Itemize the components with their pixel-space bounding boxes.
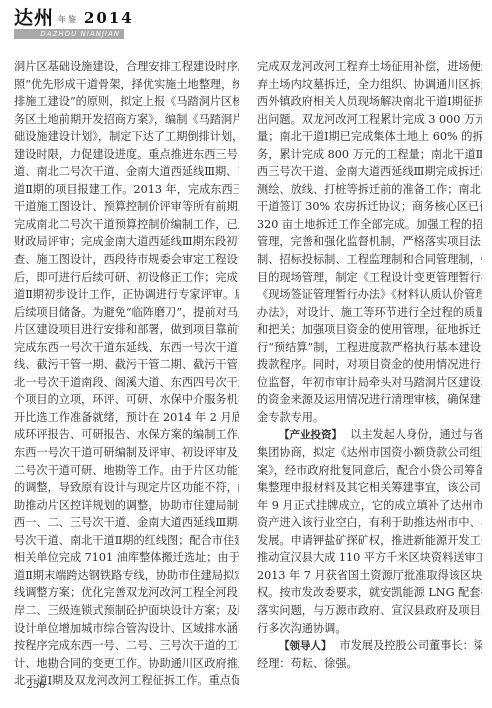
text-line: 发展。申请钾盐矿探矿权，推进新能源开发工作。 [257, 532, 482, 550]
right-text-column: 完成双龙河改河工程弃土场征用补偿，进场便道及弃土场内坟墓拆迁，全力组织、协调通川… [257, 58, 482, 672]
text-line: 西外镇政府相关人员现场解决南北干道Ⅰ期征拆突 [257, 93, 482, 111]
leaders-heading: 【领导人】 [279, 640, 332, 652]
logo-bar: DAZHOU NIANJIAN [14, 29, 124, 39]
yearbook-header: 达州 年鉴 2014 DAZHOU NIANJIAN [14, 8, 124, 38]
text-line: 的调整，导致原有设计与现定片区功能不符，配合协 [14, 479, 239, 497]
text-line: 东西一号次干道可研编制及评审、初设评审及东西 [14, 444, 239, 462]
text-line: 后续项目储备。为避免“临阵磨刀”，提前对马踏洞 [14, 304, 239, 322]
text-line: 制、招标投标制、工程监理制和合同管理制，强化项 [257, 251, 482, 269]
text-line: 320 亩土地拆迁工作全部完成。加强工程的招投标 [257, 216, 482, 234]
page-number: · 256 · [20, 680, 52, 691]
text-line: 出问题。双龙河改河工程累计完成 3 000 万元工程 [257, 111, 482, 129]
text-line: 拨款程序。同时，对项目资金的使用情况进行全方 [257, 356, 482, 374]
logo-year: 2014 [84, 10, 134, 26]
text-line: 资产进入该行业空白，有利于助推达州市中、小企业 [257, 514, 482, 532]
text-line: 完成南北二号次干道预算控制价编制工作，已送市 [14, 216, 239, 234]
latin-subtitle: DAZHOU NIANJIAN [40, 29, 120, 39]
logo-subtitle: 年鉴 [58, 14, 78, 25]
text-line: 2013 年 7 月获省国土资源厅批准取得该区块探矿 [257, 567, 482, 585]
text-line: 行多次沟通协调。 [257, 620, 482, 638]
text-line: 开比选工作准备就绪，预计在 2014 年 2 月底之前完 [14, 409, 239, 427]
industry-investment-heading: 【产业投资】 [279, 429, 342, 441]
text-line: 查、施工图设计，西段待市规委会审定工程设计方案 [14, 251, 239, 269]
text-line: 北一号次干道南段、阁溪大道、东西四号次干道等 8 [14, 374, 239, 392]
text-line: 西一、二、三号次干道、金南大道西延线Ⅲ期、南北二 [14, 514, 239, 532]
text-line: 道Ⅱ期的项目报建工作。2013 年，完成东西三号次 [14, 181, 239, 199]
leaders-first-line: 【领导人】市发展及控股公司董事长：梁浩；总 [257, 637, 482, 655]
text-line: 洞片区基础设施建设，合理安排工程建设时序。按 [14, 58, 239, 76]
industry-investment-first-line: 【产业投资】以主发起人身份，通过与省水电 [257, 426, 482, 444]
text-line: 务区土地前期开发招商方案》，编制《马踏洞片区基 [14, 111, 239, 129]
text-line: 相关单位完成 7101 油库整体搬迁选址；由于南北干 [14, 549, 239, 567]
text-line: 和把关；加强项目资金的使用管理，征地拆迁资金实 [257, 321, 482, 339]
text-line: 岸二、三级连锁式预制砼护面块设计方案；及时沟通 [14, 602, 239, 620]
text-line: 目的现场管理，制定《工程设计变更管理暂行办法》 [257, 269, 482, 287]
text-line: 成环评报告、可研报告、水保方案的编制工作。完成 [14, 426, 239, 444]
text-line: 个项目的立项，环评、可研、水保中介服务机构的公 [14, 391, 239, 409]
text-line: 推动宣汉县大成 110 平方千米区块资料送审工作， [257, 549, 482, 567]
text-line: 年 9 月正式挂牌成立，它的成立填补了达州市国有 [257, 497, 482, 515]
text-line: 照“优先形成干道骨架，择优实施土地整理，统筹安 [14, 76, 239, 94]
text-line: 线调整方案；优化完善双龙河改河工程全河段左右 [14, 584, 239, 602]
text-line: 道Ⅱ期末端跨达钢铁路专线，协助市住建局拟定路 [14, 567, 239, 585]
text-line: 以主发起人身份，通过与省水电 [350, 428, 482, 441]
text-line: 排施工建设”的原则，拟定上报《马踏洞片区核心商 [14, 93, 239, 111]
text-line: 权。按市发改委要求，就安凯能源 LNG 配套指标的 [257, 584, 482, 602]
text-line: 完成东西一号次干道东延线、东西一号次干道西延 [14, 339, 239, 357]
text-line: 片区建设项目进行安排和部署，做到项目靠前安排。 [14, 321, 239, 339]
text-line: 道、南北二号次干道、金南大道西延线Ⅲ期、南北干 [14, 163, 239, 181]
text-line: 西三号次干道、金南大道西延线Ⅲ期完成拆迁勘界、 [257, 163, 482, 181]
text-line: 位监督，年初市审计局牵头对马踏洞片区建设项目 [257, 374, 482, 392]
text-line: 计、地勘合同的变更工作。协助通川区政府推进南 [14, 655, 239, 673]
text-line: 管理，完善和强化监督机制，严格落实项目法人责任 [257, 233, 482, 251]
text-line: 财政局评审；完成金南大道西延线Ⅲ期东段初设审 [14, 233, 239, 251]
text-line: 弃土场内坟墓拆迁，全力组织、协调通川区拆迁办、 [257, 76, 482, 94]
text-line: 二号次干道可研、地勘等工作。由于片区功能定位 [14, 462, 239, 480]
text-line: 金专款专用。 [257, 409, 482, 427]
text-line: 完成双龙河改河工程弃土场征用补偿，进场便道及 [257, 58, 482, 76]
text-line: 设计单位增加城市综合管沟设计、区域排水涵设计， [14, 620, 239, 638]
text-line: 集团协商，拟定《达州市国资小额贷款公司组建方 [257, 444, 482, 462]
text-line: 经理：苟耘、徐强。 [257, 655, 482, 673]
text-line: 按程序完成东西一号、二号、三号次干道的工程设 [14, 637, 239, 655]
text-line: 础设施建设计划》，制定下达了工期倒排计划，锁定 [14, 128, 239, 146]
left-text-column: 洞片区基础设施建设，合理安排工程建设时序。按照“优先形成干道骨架，择优实施土地整… [14, 58, 239, 690]
text-line: 线、截污干管一期、截污干管二期、截污干管三期、南 [14, 356, 239, 374]
text-line: 道Ⅱ期初步设计工作，正协调进行专家评审。启动 [14, 286, 239, 304]
logo-title: 达州 [14, 8, 54, 28]
text-line: 市发展及控股公司董事长：梁浩；总 [340, 639, 483, 652]
text-line: 建设时限，力促建设进度。重点推进东西三号次干 [14, 146, 239, 164]
text-line: 落实问题，与万源市政府、宣汉县政府及项目业主进 [257, 602, 482, 620]
text-line: 务，累计完成 800 万元的工程量；南北干道Ⅱ期、东 [257, 146, 482, 164]
text-line: 测绘、放线、打桩等拆迁前的准备工作；南北二号次 [257, 181, 482, 199]
text-line: 号次干道、南北干道Ⅱ期的红线图；配合市住建局等 [14, 532, 239, 550]
text-line: 办法》，对设计、施工等环节进行全过程的质量监督 [257, 304, 482, 322]
text-line: 助推动片区控详规划的调整，协助市住建局制定东 [14, 497, 239, 515]
text-line: 量；南北干道Ⅰ期已完成集体土地上 60% 的拆迁任 [257, 128, 482, 146]
text-line: 集整理申报材料及其它相关筹建事宜，该公司 2013 [257, 479, 482, 497]
text-line: 案》，经市政府批复同意后，配合小贷公司筹备组收 [257, 462, 482, 480]
text-line: 《现场签证管理暂行办法》《材料认质认价管理暂行 [257, 286, 482, 304]
text-line: 的资金来源及运用情况进行清理审核，确保建设资 [257, 391, 482, 409]
text-line: 干道施工图设计、预算控制价评审等所有前期工作； [14, 198, 239, 216]
text-line: 后，即可进行后续可研、初设修正工作；完成南北干 [14, 269, 239, 287]
text-line: 行“预结算”制，工程进度款严格执行基本建设资金 [257, 339, 482, 357]
text-line: 干道签订 30% 农房拆迁协议；商务核心区已征用的 [257, 198, 482, 216]
